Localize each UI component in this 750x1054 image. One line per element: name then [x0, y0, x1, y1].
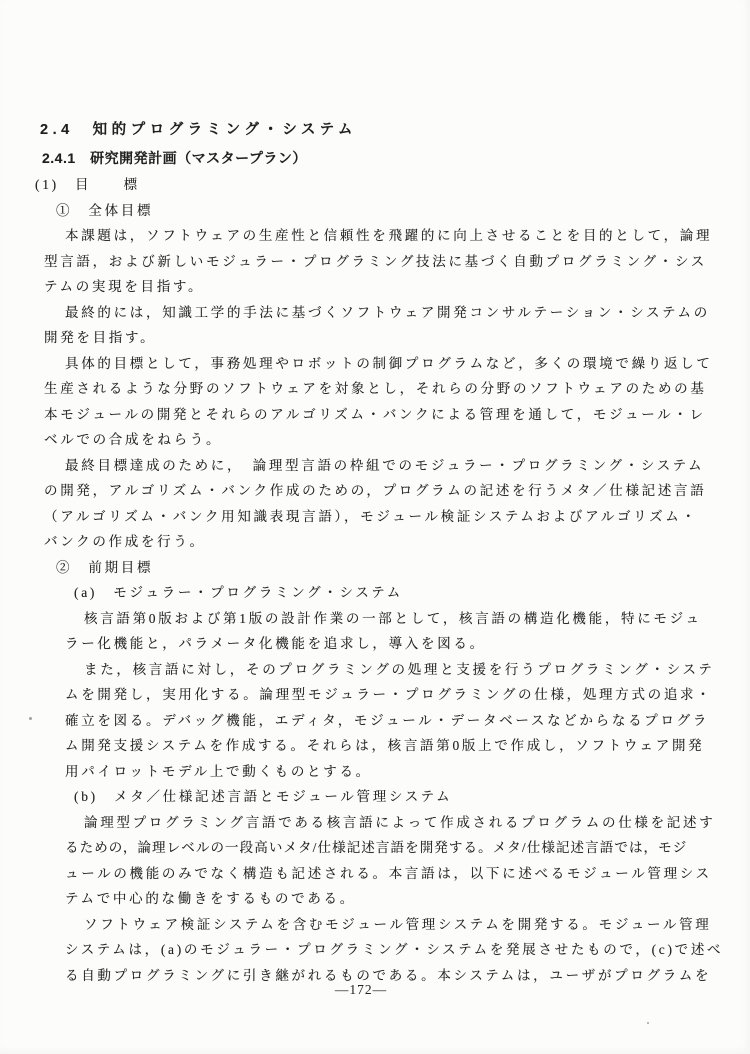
item-heading: (1) 目 標 [0, 172, 750, 198]
body-line: バンクの作成を行う。 [0, 529, 750, 555]
body-line: テムの実現を目指す。 [0, 274, 750, 300]
body-line: 本モジュールの開発とそれらのアルゴリズム・バンクによる管理を通して，モジュール・… [0, 402, 750, 428]
list-item-heading: (b) メタ／仕様記述言語とモジュール管理システム [0, 784, 750, 810]
body-line: 型言語，および新しいモジュラー・プログラミング技法に基づく自動プログラミング・シ… [0, 249, 750, 275]
body-line: ソフトウェア検証システムを含むモジュール管理システムを開発する。モジュール管理 [0, 912, 750, 938]
section-heading: 2.4 知的プログラミング・システム [0, 116, 750, 144]
body-line: ベルでの合成をねらう。 [0, 427, 750, 453]
body-line: 用パイロットモデル上で動くものとする。 [0, 759, 750, 785]
body-line: ム開発支援システムを作成する。それらは，核言語第0版上で作成し，ソフトウェア開発 [0, 733, 750, 759]
body-line: ムを開発し，実用化する。論理型モジュラー・プログラミングの仕様，処理方式の追求・ [0, 682, 750, 708]
body-line: また，核言語に対し，そのプログラミングの処理と支援を行うプログラミング・システ [0, 657, 750, 683]
body-line: ラー化機能と，パラメータ化機能を追求し，導入を図る。 [0, 631, 750, 657]
body-line: 核言語第0版および第1版の設計作業の一部として，核言語の構造化機能，特にモジュ [0, 606, 750, 632]
subsection-heading: 2.4.1 研究開発計画（マスタープラン） [0, 144, 750, 172]
body-line: の開発，アルゴリズム・バンク作成のための，プログラムの記述を行うメタ／仕様記述言… [0, 478, 750, 504]
body-line: ュールの機能のみでなく構造も記述される。本言語は，以下に述べるモジュール管理シス [0, 861, 750, 887]
scan-speck [29, 717, 32, 720]
document-page: 2.4 知的プログラミング・システム2.4.1 研究開発計画（マスタープラン）(… [0, 0, 750, 1054]
body-line: るための，論理レベルの一段高いメタ/仕様記述言語を開発する。メタ/仕様記述言語で… [0, 835, 750, 861]
body-line: 最終目標達成のために， 論理型言語の枠組でのモジュラー・プログラミング・システム [0, 453, 750, 479]
document-lines: 2.4 知的プログラミング・システム2.4.1 研究開発計画（マスタープラン）(… [0, 116, 750, 988]
scan-speck [647, 1022, 649, 1024]
subitem-heading: ② 前期目標 [0, 555, 750, 581]
page-number: —172— [0, 977, 736, 1003]
body-line: テムで中心的な働きをするものである。 [0, 886, 750, 912]
body-line: 最終的には，知識工学的手法に基づくソフトウェア開発コンサルテーション・システムの [0, 300, 750, 326]
body-line: 生産されるような分野のソフトウェアを対象とし，それらの分野のソフトウェアのための… [0, 376, 750, 402]
subitem-heading: ① 全体目標 [0, 198, 750, 224]
body-line: システムは，(a)のモジュラー・プログラミング・システムを発展させたもので，(c… [0, 937, 750, 963]
body-line: 本課題は，ソフトウェアの生産性と信頼性を飛躍的に向上させることを目的として，論理 [0, 223, 750, 249]
body-line: 論理型プログラミング言語である核言語によって作成されるプログラムの仕様を記述す [0, 810, 750, 836]
body-line: 具体的目標として，事務処理やロボットの制御プログラムなど，多くの環境で繰り返して [0, 351, 750, 377]
body-line: （アルゴリズム・バンク用知識表現言語），モジュール検証システムおよびアルゴリズム… [0, 504, 750, 530]
body-line: 確立を図る。デバッグ機能，エディタ，モジュール・データベースなどからなるプログラ [0, 708, 750, 734]
list-item-heading: (a) モジュラー・プログラミング・システム [0, 580, 750, 606]
body-line: 開発を目指す。 [0, 325, 750, 351]
